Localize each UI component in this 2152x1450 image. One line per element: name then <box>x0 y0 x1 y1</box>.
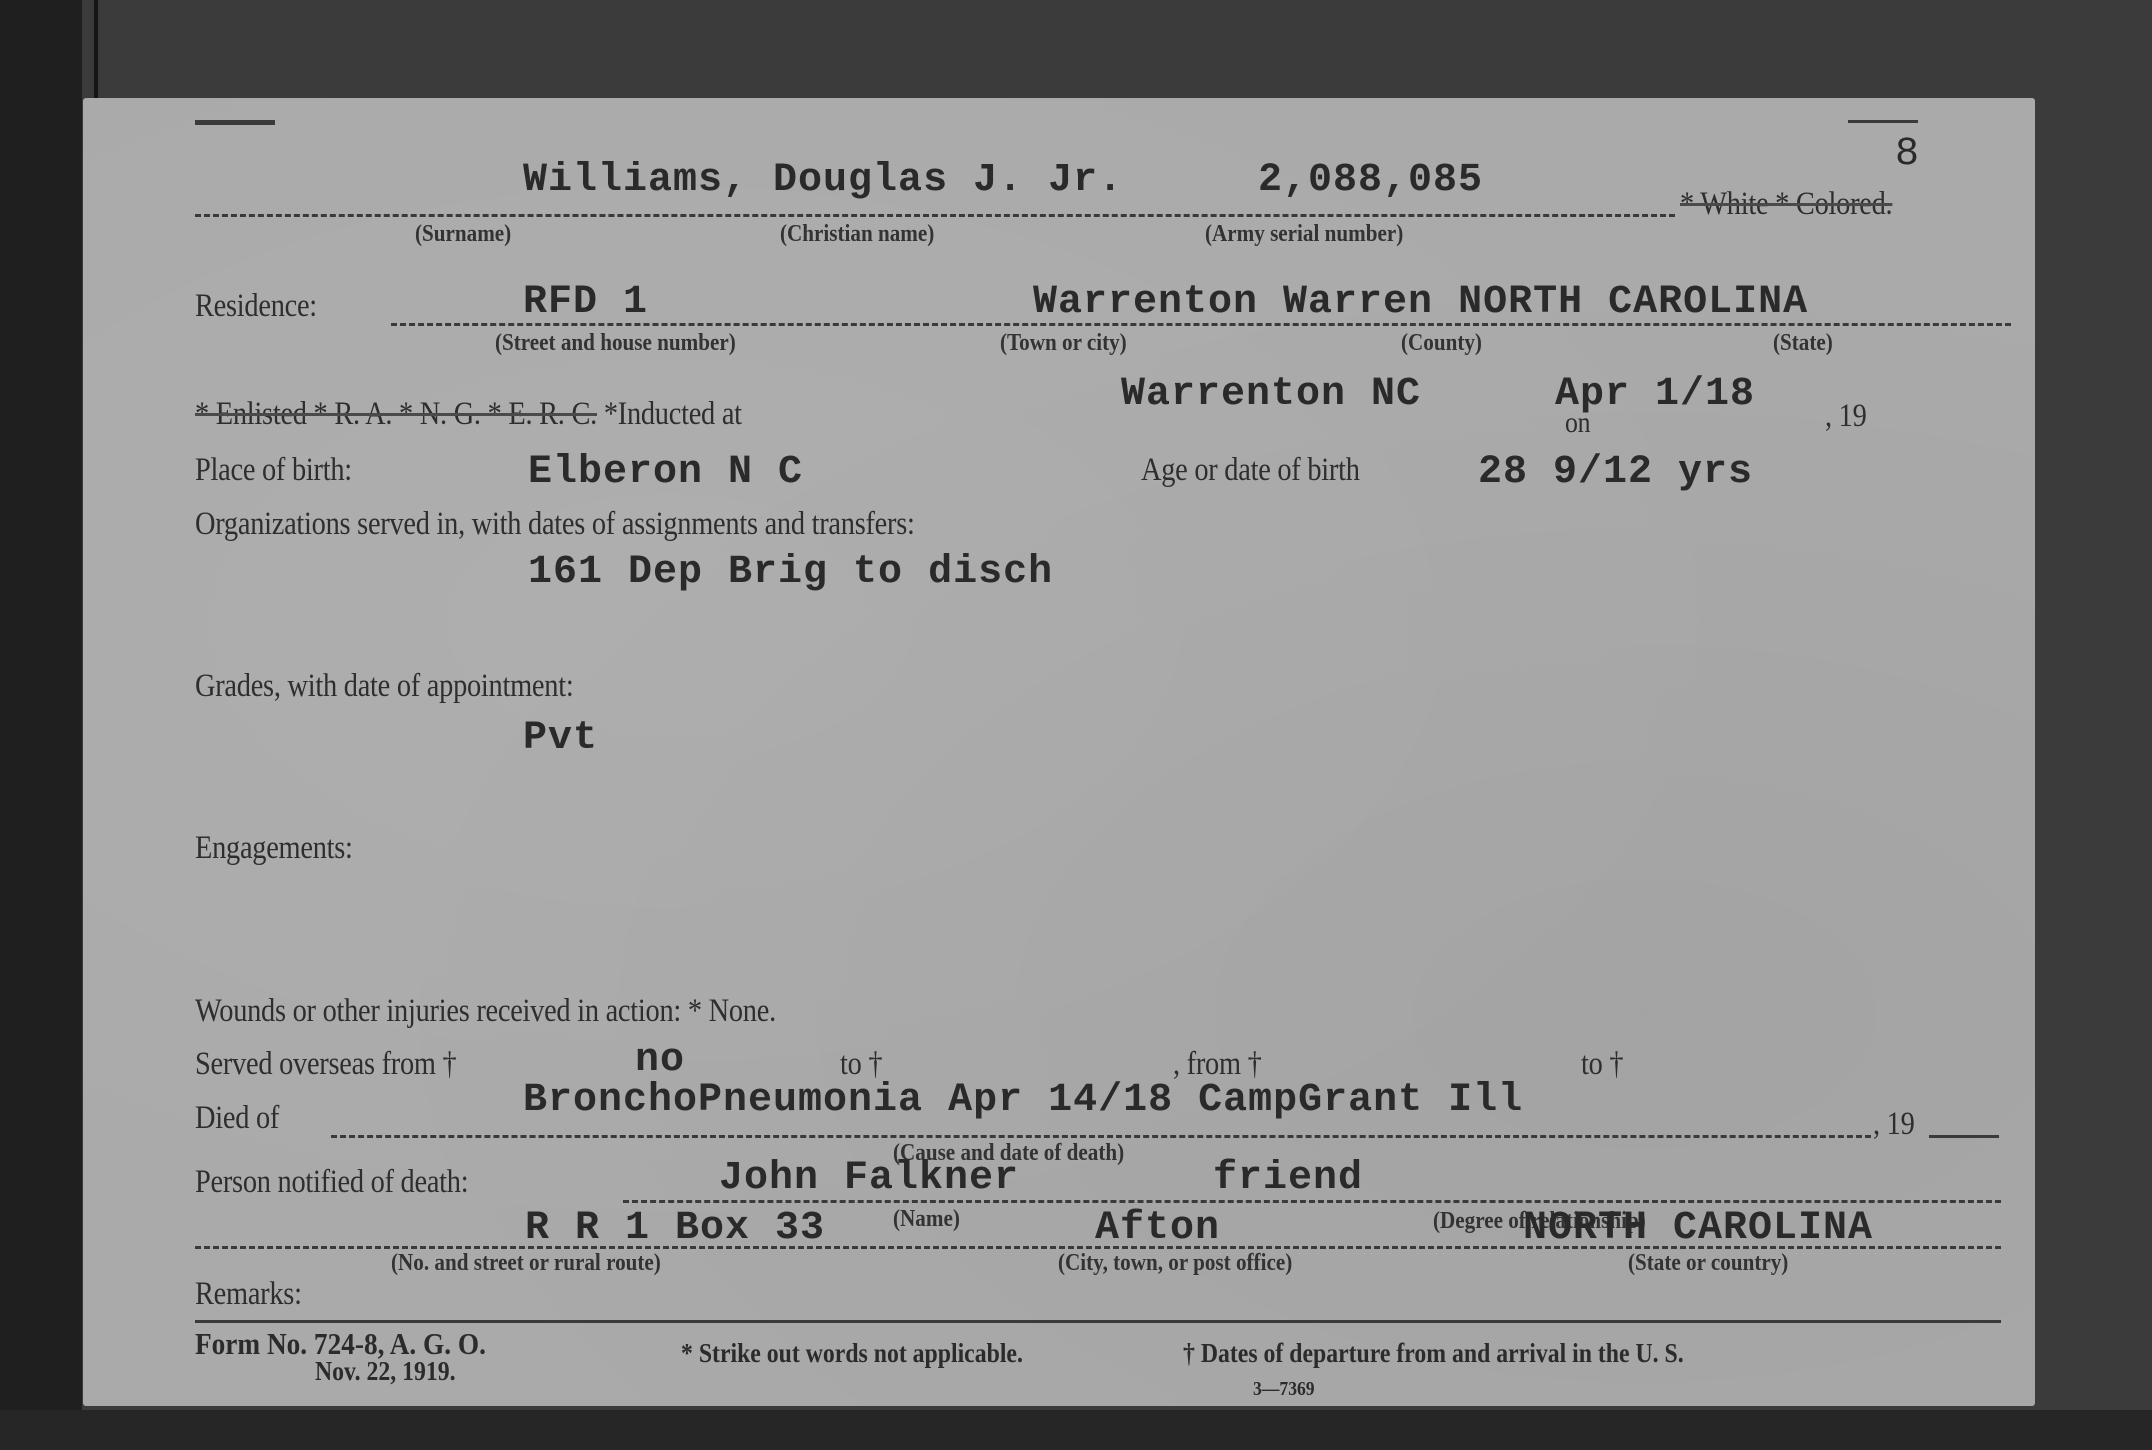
overseas-from-label: Served overseas from † <box>195 1046 456 1083</box>
engagements-label: Engagements: <box>195 830 353 867</box>
caption-notified-name: (Name) <box>893 1206 960 1233</box>
cause-of-death-value: BronchoPneumonia Apr 14/18 CampGrant Ill <box>523 1078 1523 1123</box>
scanner-background-edge <box>94 0 98 100</box>
dagger-note: † Dates of departure from and arrival in… <box>1183 1338 1684 1369</box>
place-of-birth-label: Place of birth: <box>195 452 352 489</box>
died-of-label: Died of <box>195 1100 279 1137</box>
notified-name-value: John Falkner <box>719 1156 1019 1201</box>
age-value: 28 9/12 yrs <box>1478 450 1753 495</box>
residence-street-value: RFD 1 <box>523 280 648 325</box>
place-of-birth-value: Elberon N C <box>528 450 803 495</box>
wounds-label: Wounds or other injuries received in act… <box>195 993 776 1030</box>
notified-relationship-value: friend <box>1213 1156 1363 1201</box>
organizations-label: Organizations served in, with dates of a… <box>195 506 915 543</box>
induction-year-suffix: , 19 <box>1825 398 1867 435</box>
residence-town-value: Warrenton Warren NORTH CAROLINA <box>1033 280 1808 325</box>
service-record-card: 8 Williams, Douglas J. Jr. 2,088,085 * W… <box>83 98 2035 1406</box>
residence-label: Residence: <box>195 288 317 325</box>
scanner-background-left <box>0 0 82 1450</box>
scanner-background-bottom <box>0 1410 2152 1450</box>
form-date: Nov. 22, 1919. <box>315 1356 456 1387</box>
caption-street: (Street and house number) <box>495 330 736 357</box>
remarks-rule <box>195 1320 2001 1323</box>
top-right-mark <box>1848 120 1918 123</box>
organizations-value: 161 Dep Brig to disch <box>528 550 1053 595</box>
caption-notified-street: (No. and street or rural route) <box>391 1250 661 1277</box>
notified-street-value: R R 1 Box 33 <box>525 1206 825 1251</box>
overseas-to2-label: to † <box>1581 1046 1623 1083</box>
caption-serial-number: (Army serial number) <box>1205 221 1403 248</box>
induction-place-value: Warrenton NC <box>1121 372 1421 417</box>
caption-county: (County) <box>1401 330 1482 357</box>
grades-value: Pvt <box>523 716 598 761</box>
died-of-line <box>331 1135 1871 1138</box>
notified-address-line <box>195 1246 2001 1249</box>
remarks-label: Remarks: <box>195 1276 302 1313</box>
on-label: on <box>1565 406 1590 440</box>
caption-state: (State) <box>1773 330 1833 357</box>
page-number: 8 <box>1895 132 1920 177</box>
name-value: Williams, Douglas J. Jr. <box>523 158 1123 203</box>
caption-notified-city: (City, town, or post office) <box>1058 1250 1292 1277</box>
name-line <box>195 214 1675 217</box>
age-label: Age or date of birth <box>1141 452 1360 489</box>
caption-christian-name: (Christian name) <box>780 221 934 248</box>
serial-number-value: 2,088,085 <box>1258 158 1483 203</box>
residence-line <box>391 323 2011 326</box>
overseas-value: no <box>635 1038 685 1083</box>
notified-name-line <box>623 1200 2001 1203</box>
print-code: 3—7369 <box>1253 1378 1315 1401</box>
caption-town: (Town or city) <box>1000 330 1127 357</box>
grades-label: Grades, with date of appointment: <box>195 668 573 705</box>
race-options: * White * Colored. <box>1680 186 1892 223</box>
notified-state-value: NORTH CAROLINA <box>1523 1206 1873 1251</box>
death-year-suffix: , 19 <box>1873 1106 1915 1143</box>
enlistment-type-label: * Enlisted * R. A. * N. G. * E. R. C. *I… <box>195 396 742 433</box>
caption-notified-state: (State or country) <box>1628 1250 1788 1277</box>
strike-out-note: * Strike out words not applicable. <box>681 1338 1023 1369</box>
death-year-line <box>1929 1135 1999 1138</box>
person-notified-label: Person notified of death: <box>195 1164 468 1201</box>
top-left-mark <box>195 120 275 125</box>
caption-surname: (Surname) <box>415 221 511 248</box>
notified-city-value: Afton <box>1095 1206 1220 1251</box>
